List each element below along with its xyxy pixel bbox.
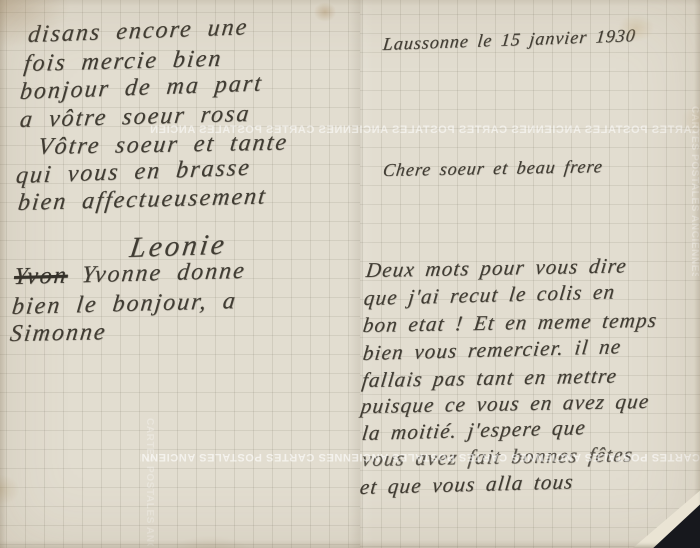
body-line: Deux mots pour vous dire [364,253,628,283]
salutation: Chere soeur et beau frere [382,156,605,181]
body-line: puisque ce vous en avez que [359,389,651,419]
body-line: fallais pas tant en mettre [360,364,618,394]
postscript-text: Yvonne donne [80,258,247,288]
postscript-line-3: Simonne [8,319,108,348]
body-line: vous avez fait bonnes fêtes [360,442,634,472]
struck-word: Yvon [13,263,70,290]
corner-fold [618,466,700,548]
letter-scan: disans encore une fois mercie bien bonjo… [0,0,700,548]
